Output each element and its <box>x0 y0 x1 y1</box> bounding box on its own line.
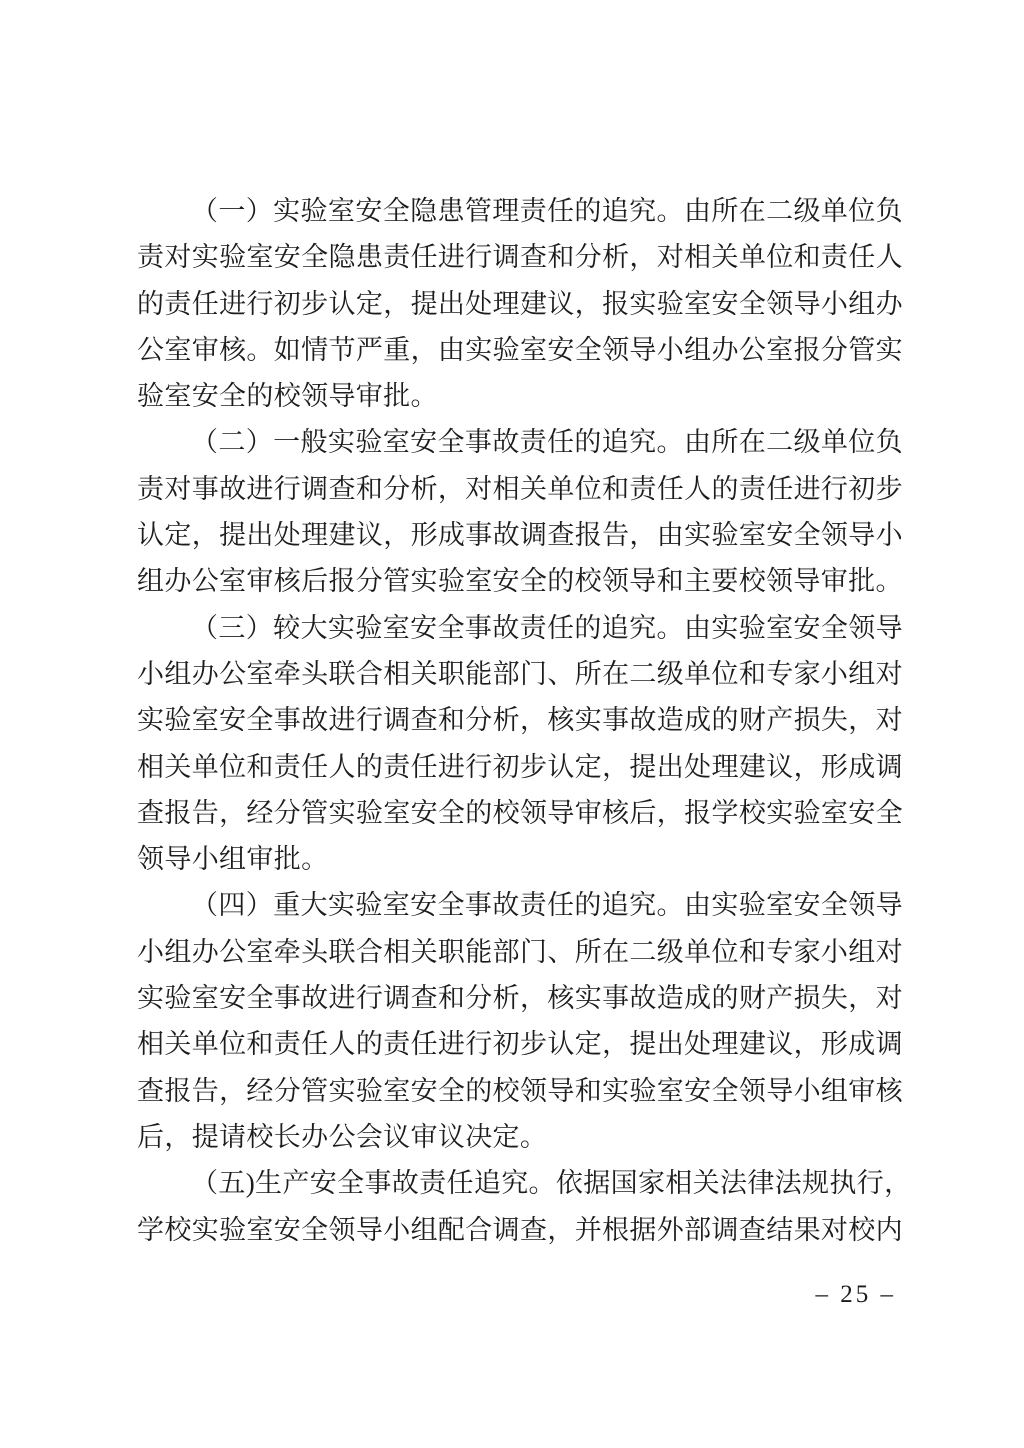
text-line: （五)生产安全事故责任追究。依据国家相关法律法规执行， <box>137 1160 903 1206</box>
text-line: 实验室安全事故进行调查和分析，核实事故造成的财产损失，对 <box>137 975 903 1021</box>
paragraph-item-1: （一）实验室安全隐患管理责任的追究。由所在二级单位负 责对实验室安全隐患责任进行… <box>137 188 903 419</box>
paragraph-item-5: （五)生产安全事故责任追究。依据国家相关法律法规执行， 学校实验室安全领导小组配… <box>137 1160 903 1253</box>
text-line: （四）重大实验室安全事故责任的追究。由实验室安全领导 <box>137 882 903 928</box>
paragraph-item-3: （三）较大实验室安全事故责任的追究。由实验室安全领导 小组办公室牵头联合相关职能… <box>137 605 903 883</box>
text-line: 责对事故进行调查和分析，对相关单位和责任人的责任进行初步 <box>137 466 903 512</box>
paragraph-item-4: （四）重大实验室安全事故责任的追究。由实验室安全领导 小组办公室牵头联合相关职能… <box>137 882 903 1160</box>
text-line: （二）一般实验室安全事故责任的追究。由所在二级单位负 <box>137 419 903 465</box>
text-line: 相关单位和责任人的责任进行初步认定，提出处理建议，形成调 <box>137 744 903 790</box>
text-line: 组办公室审核后报分管实验室安全的校领导和主要校领导审批。 <box>137 558 903 604</box>
text-line: 验室安全的校领导审批。 <box>137 373 903 419</box>
text-line: 小组办公室牵头联合相关职能部门、所在二级单位和专家小组对 <box>137 929 903 975</box>
page-number: – 25 – <box>816 1280 897 1310</box>
text-line: 认定，提出处理建议，形成事故调查报告，由实验室安全领导小 <box>137 512 903 558</box>
text-line: 责对实验室安全隐患责任进行调查和分析，对相关单位和责任人 <box>137 234 903 280</box>
paragraph-item-2: （二）一般实验室安全事故责任的追究。由所在二级单位负 责对事故进行调查和分析，对… <box>137 419 903 604</box>
text-line: 查报告，经分管实验室安全的校领导和实验室安全领导小组审核 <box>137 1068 903 1114</box>
text-line: 实验室安全事故进行调查和分析，核实事故造成的财产损失，对 <box>137 697 903 743</box>
text-line: （三）较大实验室安全事故责任的追究。由实验室安全领导 <box>137 605 903 651</box>
text-line: （一）实验室安全隐患管理责任的追究。由所在二级单位负 <box>137 188 903 234</box>
text-line: 的责任进行初步认定，提出处理建议，报实验室安全领导小组办 <box>137 281 903 327</box>
text-line: 领导小组审批。 <box>137 836 903 882</box>
text-line: 后，提请校长办公会议审议决定。 <box>137 1114 903 1160</box>
document-body: （一）实验室安全隐患管理责任的追究。由所在二级单位负 责对实验室安全隐患责任进行… <box>137 188 903 1253</box>
document-page: （一）实验室安全隐患管理责任的追究。由所在二级单位负 责对实验室安全隐患责任进行… <box>0 0 1024 1448</box>
text-line: 相关单位和责任人的责任进行初步认定，提出处理建议，形成调 <box>137 1021 903 1067</box>
text-line: 小组办公室牵头联合相关职能部门、所在二级单位和专家小组对 <box>137 651 903 697</box>
text-line: 学校实验室安全领导小组配合调查，并根据外部调查结果对校内 <box>137 1207 903 1253</box>
text-line: 公室审核。如情节严重，由实验室安全领导小组办公室报分管实 <box>137 327 903 373</box>
text-line: 查报告，经分管实验室安全的校领导审核后，报学校实验室安全 <box>137 790 903 836</box>
